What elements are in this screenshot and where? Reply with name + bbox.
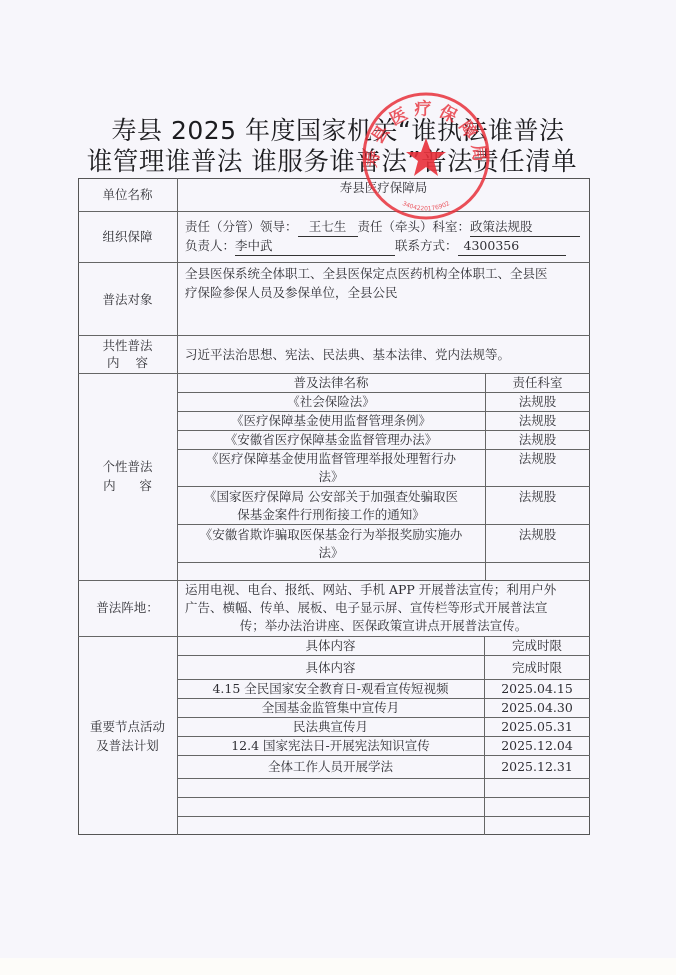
law-name-header: 普及法律名称: [177, 373, 485, 392]
plan-content: 民法典宣传月: [177, 717, 484, 736]
law-name: 《社会保险法》: [177, 392, 485, 411]
audience-line-2: 疗保险参保人员及参保单位，全县公民: [185, 283, 398, 302]
row-divider: [177, 655, 590, 656]
specific-content-label-1: 个性普法: [78, 457, 177, 476]
leader-value: 王七生: [298, 217, 358, 237]
leader-line: 责任（分管）领导：王七生责任（牵头）科室：政策法规股: [185, 217, 580, 237]
law-name-line-2: 法》: [177, 467, 485, 486]
venue-line-1: 运用电视、电台、报纸、网站、手机 APP 开展普法宣传；利用户外: [185, 580, 556, 599]
dept-header: 责任科室: [485, 373, 590, 392]
plan-content: 12.4 国家宪法日-开展宪法知识宣传: [177, 736, 484, 755]
plan-label-2: 及普法计划: [78, 736, 177, 755]
row-divider: [177, 778, 590, 779]
venue-label: 普法阵地：: [78, 598, 177, 617]
law-dept: 法规股: [485, 392, 590, 411]
law-dept: 法规股: [485, 525, 590, 544]
audience-line-1: 全县医保系统全体职工、全县医保定点医药机构全体职工、全县医: [185, 264, 548, 283]
row-divider: [177, 755, 590, 756]
law-dept: 法规股: [485, 487, 590, 506]
contact-label: 联系方式：: [395, 238, 458, 253]
contact-value: 4300356: [458, 236, 566, 256]
venue-line-2: 广告、横幅、传单、展板、电子显示屏、宣传栏等形式开展普法宣: [185, 598, 548, 617]
specific-content-label-2: 内 容: [78, 476, 177, 495]
organization-label: 组织保障: [78, 227, 177, 246]
row-divider: [177, 816, 590, 817]
plan-deadline: 2025.12.04: [484, 736, 590, 755]
dept-label: 责任（牵头）科室：: [358, 219, 471, 234]
law-name-line-2: 保基金案件行刑衔接工作的通知》: [177, 505, 485, 524]
law-name: 《安徽省医疗保障基金监督管理办法》: [177, 430, 485, 449]
row-divider: [78, 211, 590, 212]
law-name-line-1: 《国家医疗保障局 公安部关于加强查处骗取医: [177, 487, 485, 506]
common-content-value: 习近平法治思想、宪法、民法典、基本法律、党内法规等。: [185, 345, 510, 364]
person-label: 负责人：: [185, 238, 235, 253]
document-title-line-2: 谁管理谁普法 谁服务谁普法”普法责任清单: [0, 142, 670, 178]
plan-content-header: 具体内容: [177, 636, 484, 655]
plan-deadline: 完成时限: [484, 658, 590, 677]
common-content-label-2: 内 容: [78, 353, 177, 372]
plan-content: 具体内容: [177, 658, 484, 677]
law-name-line-1: 《医疗保障基金使用监督管理举报处理暂行办: [177, 449, 485, 468]
law-dept: 法规股: [485, 449, 590, 468]
law-dept: 法规股: [485, 430, 590, 449]
unit-name-value: 寿县医疗保障局: [177, 178, 590, 197]
person-value: 李中武: [235, 236, 395, 256]
row-divider: [177, 562, 590, 563]
dept-value: 政策法规股: [470, 217, 580, 237]
unit-name-label: 单位名称: [78, 185, 177, 204]
leader-label: 责任（分管）领导：: [185, 219, 298, 234]
audience-label: 普法对象: [78, 290, 177, 309]
plan-content: 全国基金监管集中宣传月: [177, 698, 484, 717]
plan-content: 4.15 全民国家安全教育日-观看宣传短视频: [177, 679, 484, 698]
row-divider: [177, 797, 590, 798]
plan-content: 全体工作人员开展学法: [177, 757, 484, 776]
plan-deadline: 2025.05.31: [484, 717, 590, 736]
person-line: 负责人：李中武联系方式：4300356: [185, 236, 566, 256]
plan-deadline: 2025.04.15: [484, 679, 590, 698]
plan-label-1: 重要节点活动: [78, 717, 177, 736]
row-divider: [78, 262, 590, 263]
law-name-line-1: 《安徽省欺诈骗取医保基金行为举报奖励实施办: [177, 525, 485, 544]
venue-line-3: 传；举办法治讲座、医保政策宣讲点开展普法宣传。: [177, 616, 590, 635]
plan-deadline: 2025.12.31: [484, 757, 590, 776]
plan-deadline-header: 完成时限: [484, 636, 590, 655]
law-name: 《医疗保障基金使用监督管理条例》: [177, 411, 485, 430]
page-bottom-margin: [0, 958, 676, 975]
plan-deadline: 2025.04.30: [484, 698, 590, 717]
law-dept: 法规股: [485, 411, 590, 430]
law-name-line-2: 法》: [177, 543, 485, 562]
